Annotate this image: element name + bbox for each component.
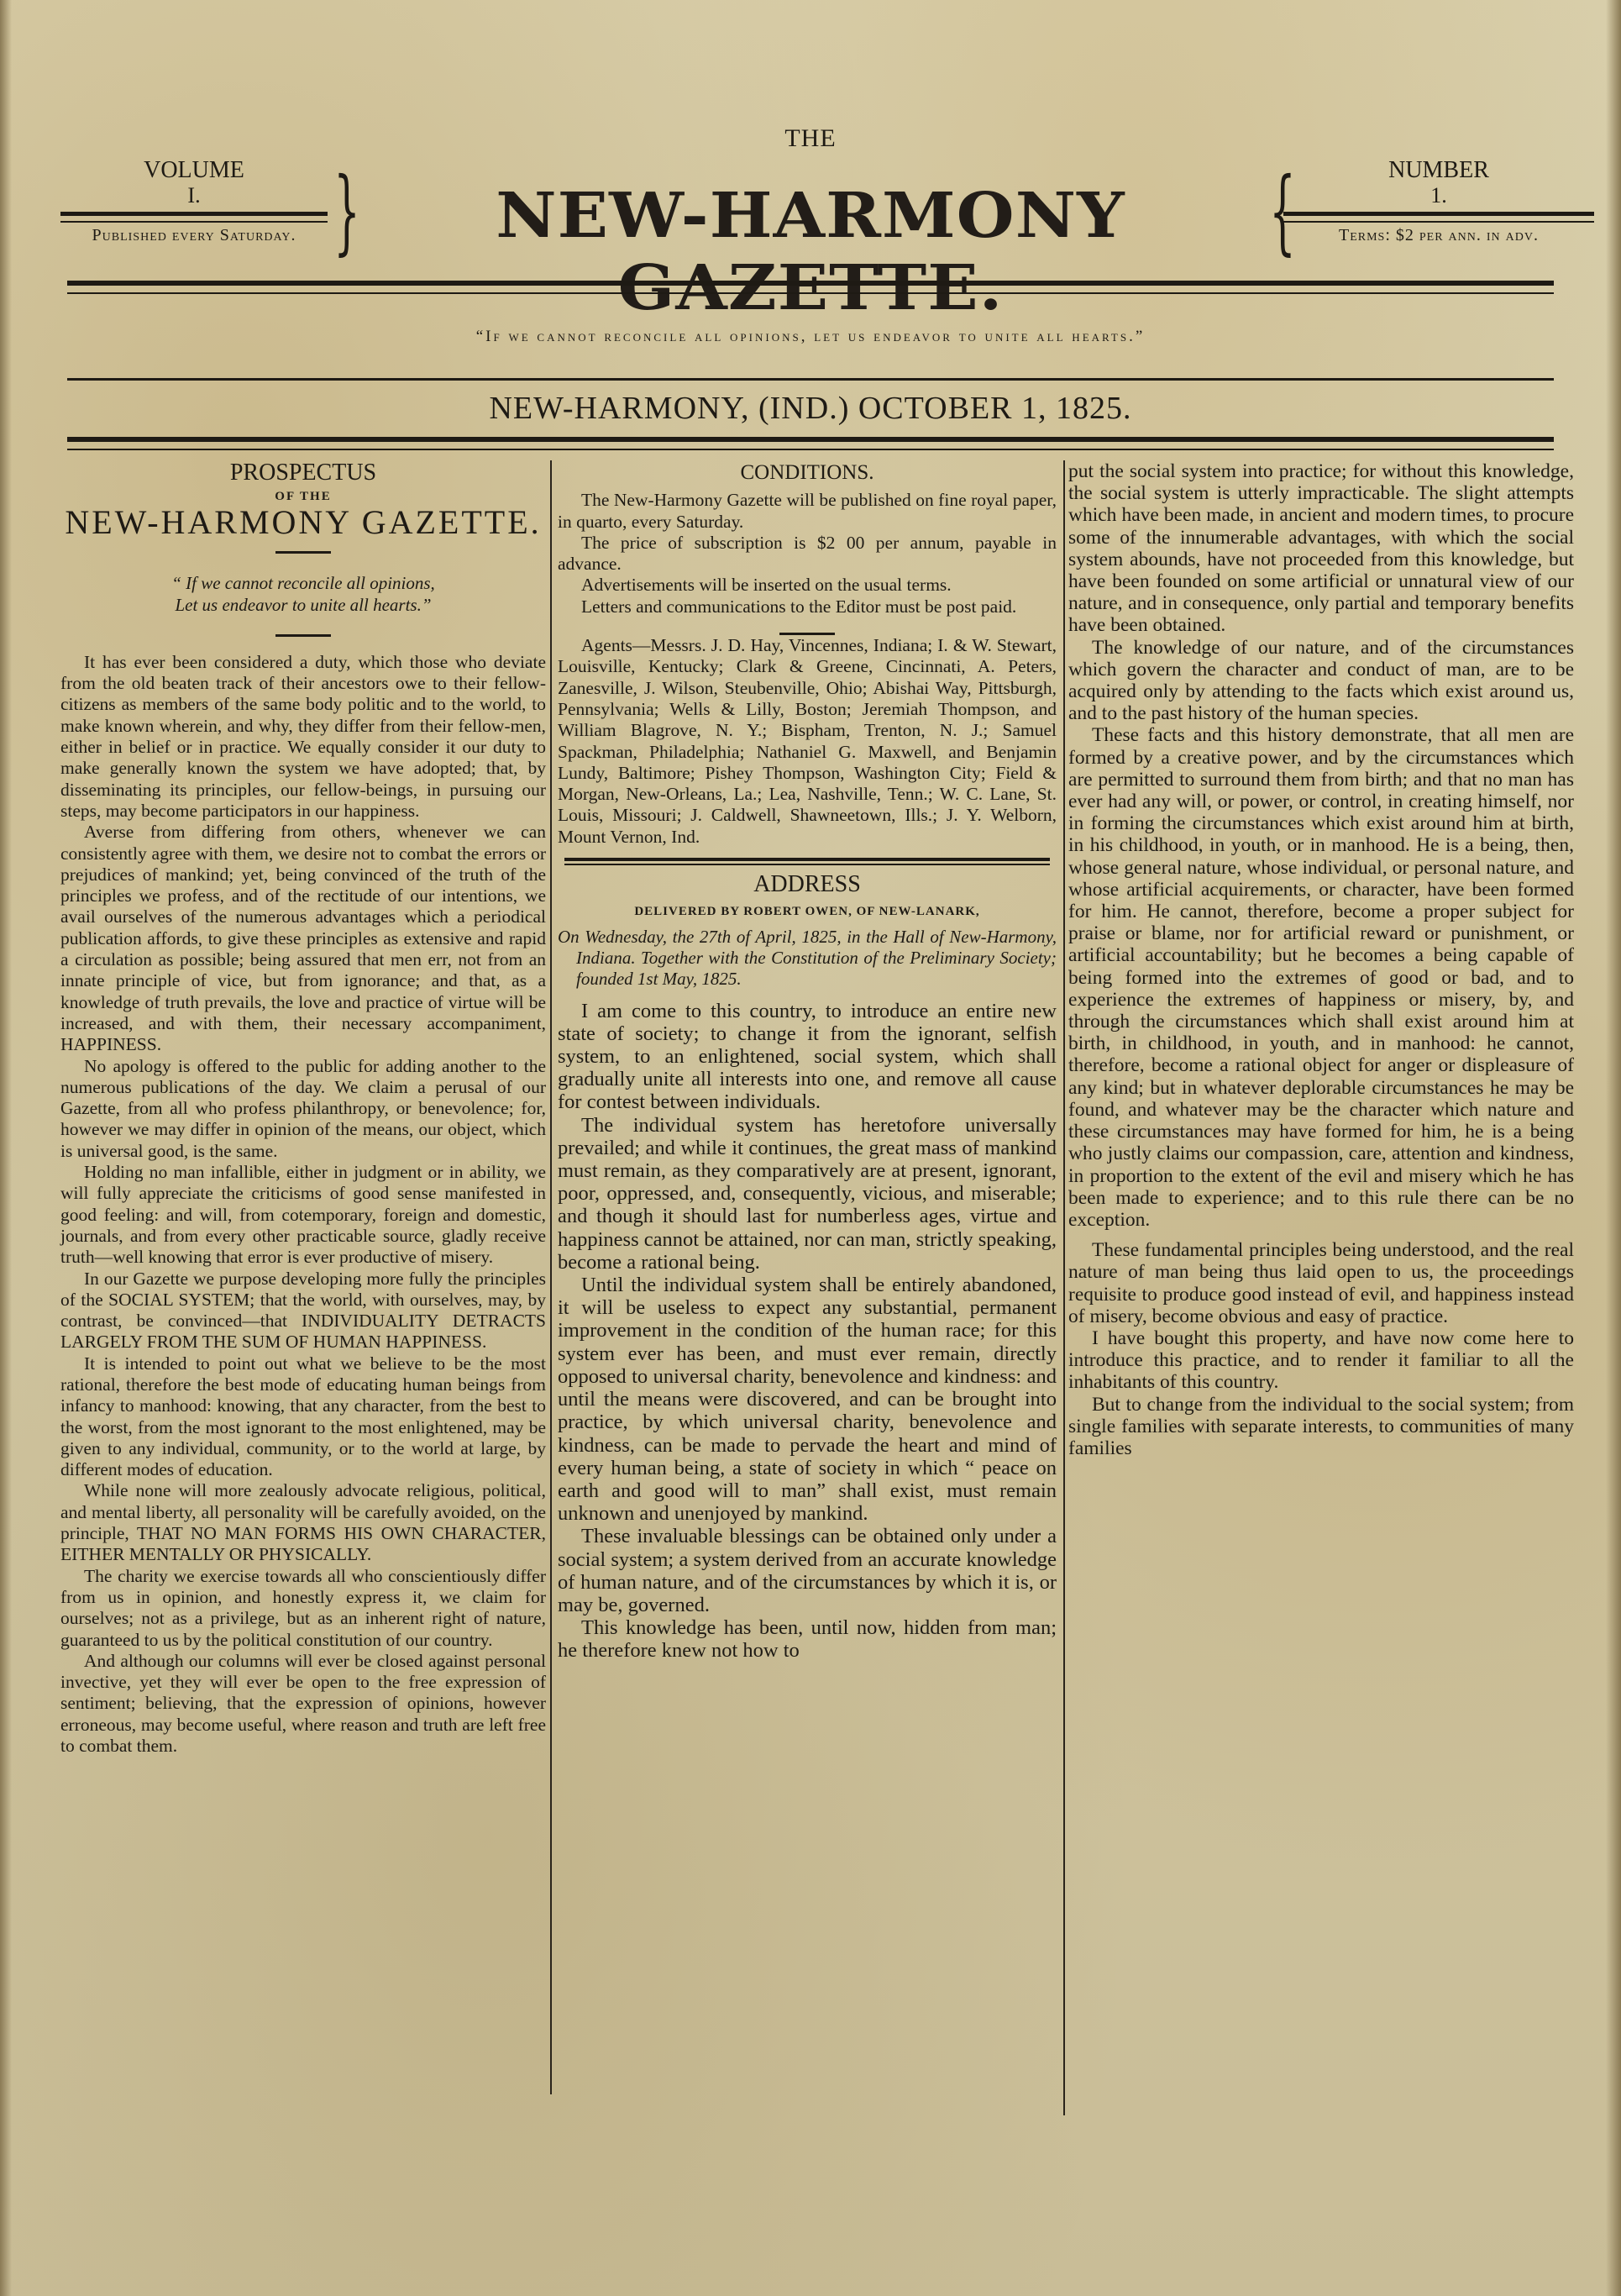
dateline: NEW-HARMONY, (IND.) OCTOBER 1, 1825. xyxy=(0,390,1621,427)
prospectus-paper-name: NEW-HARMONY GAZETTE. xyxy=(60,512,546,533)
conditions-paragraph: Advertisements will be inserted on the u… xyxy=(558,575,1057,596)
column-divider xyxy=(1063,460,1065,2115)
column-divider xyxy=(550,460,552,2094)
address-paragraph: Until the individual system shall be ent… xyxy=(558,1274,1057,1525)
address-paragraph: These fundamental principles being under… xyxy=(1068,1239,1574,1327)
number-label: NUMBER xyxy=(1283,158,1594,183)
epigraph-line: “ If we cannot reconcile all opinions, xyxy=(60,572,546,594)
volume-number: I. xyxy=(60,183,328,208)
number-rule xyxy=(1283,212,1594,223)
section-rule xyxy=(564,858,1050,865)
address-paragraph: These invaluable blessings can be obtain… xyxy=(558,1525,1057,1616)
prospectus-paragraph: And although our columns will ever be cl… xyxy=(60,1651,546,1757)
subscription-terms: Terms: $2 per ann. in adv. xyxy=(1283,226,1594,245)
short-rule xyxy=(275,551,331,554)
prospectus-paragraph: The charity we exercise towards all who … xyxy=(60,1566,546,1651)
newspaper-title: NEW-HARMONY GAZETTE. xyxy=(321,180,1300,324)
conditions-paragraph: Letters and communications to the Editor… xyxy=(558,596,1057,617)
address-subheading: On Wednesday, the 27th of April, 1825, i… xyxy=(558,927,1057,990)
address-paragraph: The knowledge of our nature, and of the … xyxy=(1068,637,1574,725)
masthead-motto: “If we cannot reconcile all opinions, le… xyxy=(0,328,1621,346)
prospectus-paragraph: Averse from differing from others, whene… xyxy=(60,822,546,1055)
conditions-address-column: CONDITIONS. The New-Harmony Gazette will… xyxy=(558,460,1057,1663)
prospectus-heading: PROSPECTUS xyxy=(60,462,546,483)
prospectus-column: PROSPECTUS OF THE NEW-HARMONY GAZETTE. “… xyxy=(60,460,546,1757)
address-paragraph: But to change from the individual to the… xyxy=(1068,1394,1574,1460)
prospectus-paragraph: While none will more zealously advocate … xyxy=(60,1480,546,1565)
short-rule xyxy=(275,634,331,637)
agents-list: Agents—Messrs. J. D. Hay, Vincennes, Ind… xyxy=(558,635,1057,848)
address-delivered-by: DELIVERED BY ROBERT OWEN, OF NEW-LANARK, xyxy=(558,901,1057,922)
masthead-rule xyxy=(67,281,1554,294)
address-paragraph: I have bought this property, and have no… xyxy=(1068,1327,1574,1394)
volume-label: VOLUME xyxy=(60,158,328,183)
address-paragraph: I am come to this country, to introduce … xyxy=(558,1000,1057,1114)
prospectus-paragraph: It has ever been considered a duty, whic… xyxy=(60,652,546,822)
prospectus-epigraph: “ If we cannot reconcile all opinions, L… xyxy=(60,572,546,616)
address-paragraph: This knowledge has been, until now, hidd… xyxy=(558,1616,1057,1662)
publication-frequency: Published every Saturday. xyxy=(60,226,328,245)
prospectus-paragraph: In our Gazette we purpose developing mor… xyxy=(60,1269,546,1353)
volume-box: VOLUME I. Published every Saturday. xyxy=(60,158,328,245)
address-continued-column: put the social system into practice; for… xyxy=(1068,460,1574,1459)
motto-rule xyxy=(67,378,1554,381)
number-box: NUMBER 1. Terms: $2 per ann. in adv. xyxy=(1283,158,1594,245)
conditions-paragraph: The price of subscription is $2 00 per a… xyxy=(558,533,1057,575)
prospectus-paragraph: No apology is offered to the public for … xyxy=(60,1056,546,1162)
epigraph-line: Let us endeavor to unite all hearts.” xyxy=(60,594,546,616)
address-continuation: put the social system into practice; for… xyxy=(1068,460,1574,637)
conditions-paragraph: The New-Harmony Gazette will be publishe… xyxy=(558,490,1057,533)
address-paragraph: These facts and this history demonstrate… xyxy=(1068,724,1574,1231)
address-heading: ADDRESS xyxy=(558,874,1057,895)
issue-number: 1. xyxy=(1283,183,1594,208)
conditions-heading: CONDITIONS. xyxy=(558,462,1057,483)
prospectus-paragraph: It is intended to point out what we beli… xyxy=(60,1353,546,1481)
dateline-rule xyxy=(67,437,1554,450)
masthead-the: THE xyxy=(0,124,1621,153)
address-paragraph: The individual system has heretofore uni… xyxy=(558,1114,1057,1274)
volume-rule xyxy=(60,212,328,223)
prospectus-paragraph: Holding no man infallible, either in jud… xyxy=(60,1162,546,1268)
